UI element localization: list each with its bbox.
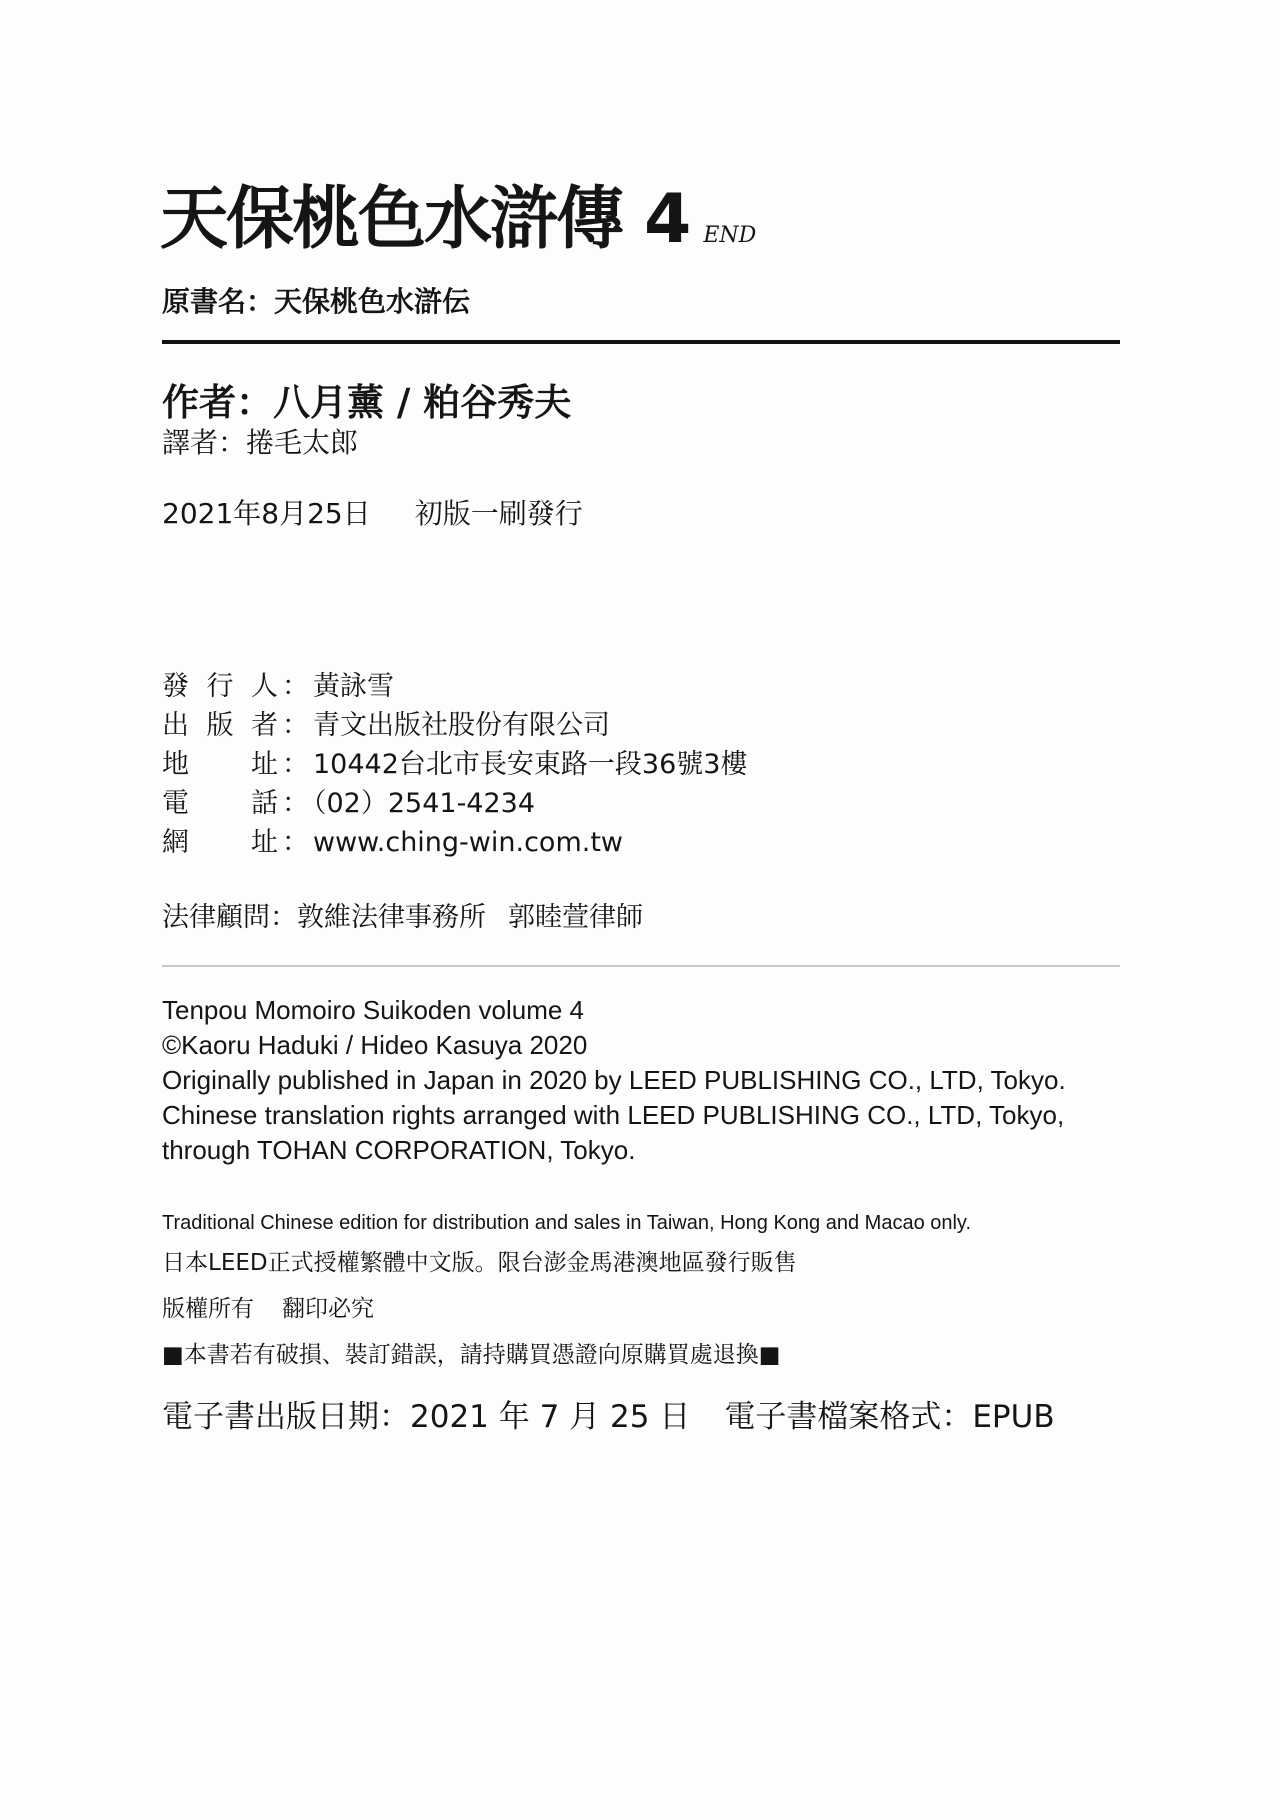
distribution-chinese: 日本LEED正式授權繁體中文版。限台澎金馬港澳地區發行販售 [162,1244,797,1277]
info-label: 網址 [162,820,278,859]
info-label: 出版者 [162,703,278,742]
edition-note: 初版一刷發行 [415,497,583,530]
info-row-phone: 電話：（02）2541-4234 [162,781,535,820]
divider-thick [162,340,1120,344]
info-row-publisher: 出版者：青文出版社股份有限公司 [162,703,610,742]
info-value: 10442台北市長安東路一段36號3樓 [313,749,747,780]
english-credit-line: Tenpou Momoiro Suikoden volume 4 [162,995,584,1026]
info-row-website: 網址：www.ching-win.com.tw [162,820,623,859]
divider-thin [162,965,1120,967]
info-value: www.ching-win.com.tw [313,827,623,858]
legal-advisor: 法律顧問：敦維法律事務所郭睦萱律師 [162,895,643,934]
english-credit-line: through TOHAN CORPORATION, Tokyo. [162,1135,635,1166]
title-main: 天保桃色水滸傳 [160,180,622,259]
authors: 作者：八月薰 / 粕谷秀夫 [162,372,571,426]
info-row-issuer: 發行人：黃詠雪 [162,664,394,703]
distribution-english: Traditional Chinese edition for distribu… [162,1212,971,1235]
edition-line: 2021年8月25日初版一刷發行 [162,492,583,532]
english-credit-line: ©Kaoru Haduki / Hideo Kasuya 2020 [162,1030,587,1061]
book-title: 天保桃色水滸傳4END [160,186,756,254]
copyright-part1: 版權所有 [162,1296,254,1322]
info-label: 地址 [162,742,278,781]
damage-notice: ■本書若有破損、裝訂錯誤，請持購買憑證向原購買處退換■ [162,1336,780,1369]
ebook-info: 電子書出版日期：2021 年 7 月 25 日電子書檔案格式：EPUB [162,1391,1055,1436]
english-credit-line: Chinese translation rights arranged with… [162,1100,1064,1131]
ebook-format: 電子書檔案格式：EPUB [724,1399,1054,1435]
info-value: 青文出版社股份有限公司 [313,710,610,741]
translator: 譯者：捲毛太郎 [162,421,358,461]
legal-firm: 法律顧問：敦維法律事務所 [162,902,486,933]
english-credit-line: Originally published in Japan in 2020 by… [162,1065,1066,1096]
volume-number: 4 [644,180,689,259]
info-row-address: 地址：10442台北市長安東路一段36號3樓 [162,742,747,781]
legal-lawyer: 郭睦萱律師 [508,902,643,933]
info-label: 發行人 [162,664,278,703]
original-title: 原書名：天保桃色水滸伝 [162,280,470,320]
info-label: 電話 [162,781,278,820]
copyright-notice: 版權所有翻印必究 [162,1290,374,1323]
info-value: （02）2541-4234 [313,788,535,819]
ebook-date: 電子書出版日期：2021 年 7 月 25 日 [162,1399,690,1435]
copyright-part2: 翻印必究 [282,1296,374,1322]
edition-date: 2021年8月25日 [162,497,371,530]
end-mark: END [703,223,756,248]
info-value: 黃詠雪 [313,671,394,702]
